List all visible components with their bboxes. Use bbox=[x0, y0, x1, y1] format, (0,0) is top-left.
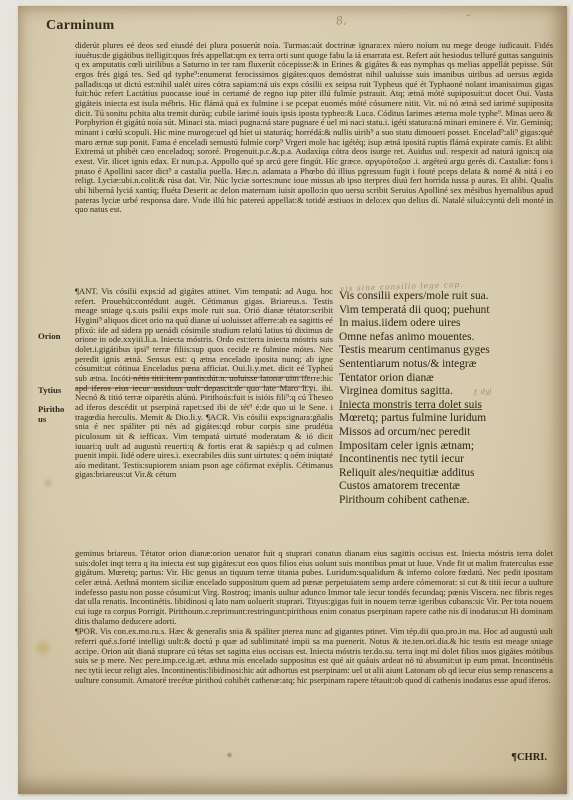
commentary-paragraph-2: geminus briareus. Tétator orion dianæ:or… bbox=[75, 549, 553, 626]
verse-line: Incontinentis nec tytii iecur bbox=[339, 453, 553, 467]
verse-line: Impositam celer ignis ætnam; bbox=[339, 440, 553, 454]
margin-note-orion: Orion bbox=[38, 331, 72, 341]
margin-note-pirithous: Piritho us bbox=[38, 404, 72, 424]
commentary-paragraph-1: diderút plures eé deos sed eiusdé dei pl… bbox=[75, 41, 553, 287]
handwritten-dash: – bbox=[465, 10, 473, 22]
two-column-section: ¶ANT. Vis cósilii exps:id ad gigátes att… bbox=[75, 287, 553, 549]
paper-stain bbox=[32, 638, 54, 658]
commentary-paragraph-3: ¶POR. Vis con.ex.mo.ru.s. Hæc & generali… bbox=[75, 627, 553, 685]
verse-line: Pirithoum cohibent cathenæ. bbox=[339, 494, 553, 508]
ink-speck bbox=[226, 752, 233, 758]
verse-line: Custos amatorem trecentæ bbox=[339, 480, 553, 494]
verse-line: Virginea domitus sagitta. bbox=[339, 385, 553, 399]
verse-line: Tentator orion dianæ bbox=[339, 372, 553, 386]
verse-line: Omne nefas animo mouentes. bbox=[339, 331, 553, 345]
verse-line: Mœretq; partus fulmine luridum bbox=[339, 412, 553, 426]
paper-stain bbox=[42, 478, 54, 488]
verse-line-underlined: Iniecta monstris terra dolet suis bbox=[339, 399, 553, 413]
verse-line: Vis consilii expers/mole ruit sua. bbox=[339, 290, 553, 304]
verse-line: Testis mearum centimanus gyges bbox=[339, 344, 553, 358]
handwritten-numeral: 8, bbox=[335, 13, 347, 27]
verse-line: Missos ad orcum/nec peredit bbox=[339, 426, 553, 440]
section-mark-chri: ¶CHRI. bbox=[511, 752, 547, 763]
verse-line: Sententiarum notus/& integræ bbox=[339, 358, 553, 372]
verse-line: Vim temperatá dii quoq; puehunt bbox=[339, 304, 553, 318]
scanned-book-page: { "page": { "running_header": "Carminum"… bbox=[0, 0, 573, 800]
commentary-left-column: ¶ANT. Vis cósilii exps:id ad gigátes att… bbox=[75, 287, 333, 549]
running-header: Carminum bbox=[46, 18, 115, 34]
bottom-commentary-section: geminus briareus. Tétator orion dianæ:or… bbox=[75, 549, 553, 686]
verse-line: In maius.iidem odere uires bbox=[339, 317, 553, 331]
verse-column: Vis consilii expers/mole ruit sua. Vim t… bbox=[339, 287, 553, 549]
verse-line: Reliquit ales/nequitiæ additus bbox=[339, 467, 553, 481]
margin-note-tytius: Tytius bbox=[38, 385, 72, 395]
book-page: Carminum 8, – diderút plures eé deos sed… bbox=[18, 6, 567, 794]
